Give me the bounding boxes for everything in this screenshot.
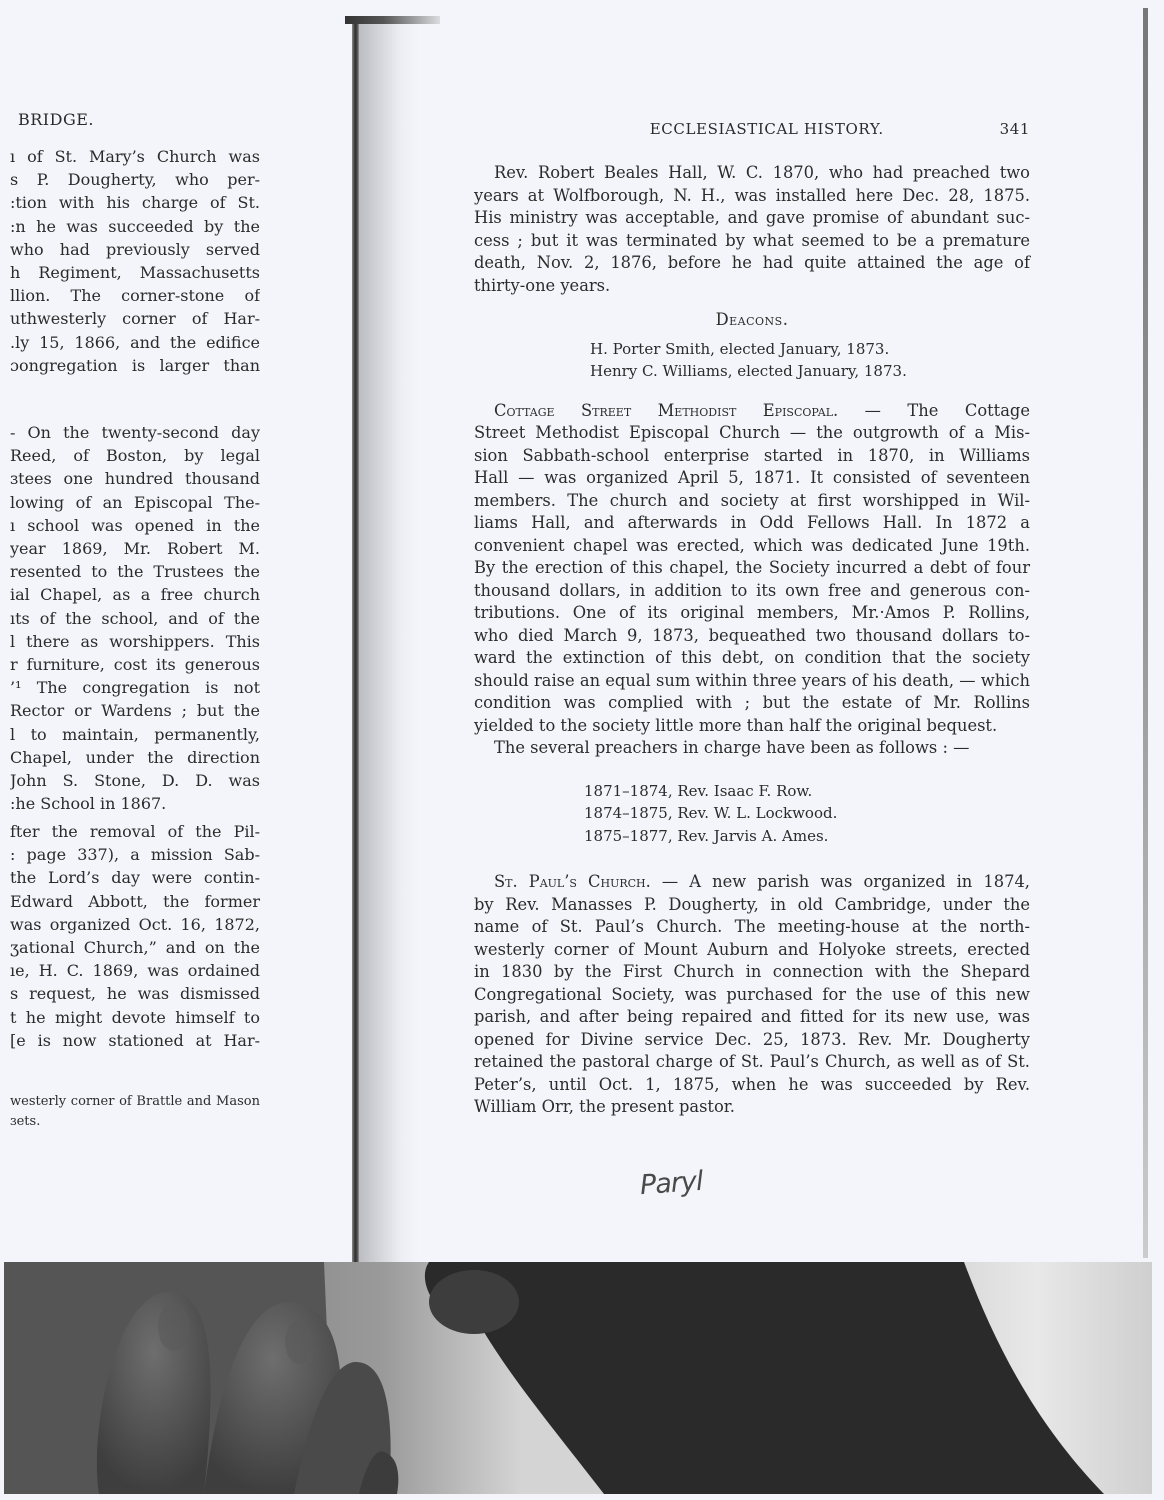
- paragraph-st-pauls: St. Paul’s Church. — A new parish was or…: [474, 871, 1030, 1119]
- handwritten-annotation: Paryl: [639, 1166, 703, 1201]
- text-line: Rev. Robert Beales Hall, W. C. 1870, who…: [474, 162, 1030, 185]
- text-line: ɜtees one hundred thousand: [10, 467, 260, 490]
- text-line: t he might devote himself to: [10, 1006, 260, 1029]
- text-line: r furniture, cost its generous: [10, 653, 260, 676]
- text-line: By the erection of this chapel, the Soci…: [474, 557, 1030, 580]
- gutter-shadow: [359, 20, 419, 1270]
- left-text-block-1: ı of St. Mary’s Church was s P. Doughert…: [10, 145, 260, 377]
- text-line: who had previously served: [10, 238, 260, 261]
- text-line: members. The church and society at first…: [474, 490, 1030, 513]
- text-line: ı school was opened in the: [10, 514, 260, 537]
- text-line: by Rev. Manasses P. Dougherty, in old Ca…: [474, 894, 1030, 917]
- text-line: Peter’s, until Oct. 1, 1875, when he was…: [474, 1074, 1030, 1097]
- hands-illustration: [4, 1262, 1152, 1494]
- text-line: l to maintain, permanently,: [10, 723, 260, 746]
- text-line: westerly corner of Mount Auburn and Holy…: [474, 939, 1030, 962]
- text-line: ward the extinction of this debt, on con…: [474, 647, 1030, 670]
- text-line: liams Hall, and afterwards in Odd Fellow…: [474, 512, 1030, 535]
- text-run: — A new parish was organized in 1874,: [651, 872, 1030, 891]
- text-line: should raise an equal sum within three y…: [474, 670, 1030, 693]
- text-line: Rector or Wardens ; but the: [10, 699, 260, 722]
- preachers-intro: The several preachers in charge have bee…: [474, 737, 1030, 760]
- deacons-list: H. Porter Smith, elected January, 1873. …: [590, 338, 1030, 382]
- page-edge-shadow: [1143, 8, 1148, 1258]
- text-line: opened for Divine service Dec. 25, 1873.…: [474, 1029, 1030, 1052]
- spine-top-mark: [345, 16, 440, 24]
- text-line: :tion with his charge of St.: [10, 191, 260, 214]
- text-line: ıe, H. C. 1869, was ordained: [10, 959, 260, 982]
- text-line: ıts of the school, and of the: [10, 607, 260, 630]
- text-line: John S. Stone, D. D. was: [10, 769, 260, 792]
- text-line: ’¹ The congregation is not: [10, 676, 260, 699]
- text-line: cess ; but it was terminated by what see…: [474, 230, 1030, 253]
- running-header: ECCLESIASTICAL HISTORY. 341: [474, 118, 1030, 142]
- text-line: ı of St. Mary’s Church was: [10, 145, 260, 168]
- running-head-title: ECCLESIASTICAL HISTORY.: [534, 118, 1000, 142]
- text-line: in 1830 by the First Church in connectio…: [474, 961, 1030, 984]
- text-line: .ly 15, 1866, and the edifice: [10, 331, 260, 354]
- text-line: ʒational Church,” and on the: [10, 936, 260, 959]
- text-line: yielded to the society little more than …: [474, 715, 1030, 738]
- text-line: h Regiment, Massachusetts: [10, 261, 260, 284]
- text-line: who died March 9, 1873, bequeathed two t…: [474, 625, 1030, 648]
- left-footnote: westerly corner of Brattle and Mason ɜet…: [10, 1092, 260, 1132]
- text-line: llion. The corner-stone of: [10, 284, 260, 307]
- text-line: l there as worshippers. This: [10, 630, 260, 653]
- preacher-entry: 1874–1875, Rev. W. L. Lockwood.: [584, 802, 1030, 825]
- text-line: condition was complied with ; but the es…: [474, 692, 1030, 715]
- text-line: convenient chapel was erected, which was…: [474, 535, 1030, 558]
- cottage-street-heading: Cottage Street Methodist Episcopal.: [494, 401, 838, 420]
- st-pauls-heading: St. Paul’s Church.: [494, 872, 651, 891]
- left-text-block-3: fter the removal of the Pil- : page 337)…: [10, 820, 260, 1052]
- left-text-block-2: - On the twenty-second day Reed, of Bost…: [10, 421, 260, 815]
- text-line: lowing of an Episcopal The-: [10, 491, 260, 514]
- paragraph-robert-hall: Rev. Robert Beales Hall, W. C. 1870, who…: [474, 162, 1030, 297]
- text-line: thirty-one years.: [474, 275, 1030, 298]
- preachers-list: 1871–1874, Rev. Isaac F. Row. 1874–1875,…: [584, 780, 1030, 848]
- text-line: Street Methodist Episcopal Church — the …: [474, 422, 1030, 445]
- text-line: uthwesterly corner of Har-: [10, 307, 260, 330]
- right-page: ECCLESIASTICAL HISTORY. 341 Rev. Robert …: [474, 118, 1030, 1119]
- text-run: — The Cottage: [838, 401, 1030, 420]
- text-line: :he School in 1867.: [10, 792, 260, 815]
- text-line: s P. Dougherty, who per-: [10, 168, 260, 191]
- paragraph-cottage-street: Cottage Street Methodist Episcopal. — Th…: [474, 400, 1030, 760]
- text-line: was organized Oct. 16, 1872,: [10, 913, 260, 936]
- text-line: thousand dollars, in addition to its own…: [474, 580, 1030, 603]
- text-line: fter the removal of the Pil-: [10, 820, 260, 843]
- text-line: resented to the Trustees the: [10, 560, 260, 583]
- text-line: - On the twenty-second day: [10, 421, 260, 444]
- deacon-entry: Henry C. Williams, elected January, 1873…: [590, 360, 1030, 382]
- footnote-line: ɜets.: [10, 1112, 260, 1132]
- text-line: sion Sabbath-school enterprise started i…: [474, 445, 1030, 468]
- text-line: year 1869, Mr. Robert M.: [10, 537, 260, 560]
- scanned-book-spread: BRIDGE. ı of St. Mary’s Church was s P. …: [0, 0, 1164, 1500]
- text-line: Cottage Street Methodist Episcopal. — Th…: [474, 400, 1030, 423]
- text-line: years at Wolfborough, N. H., was install…: [474, 185, 1030, 208]
- page-number: 341: [1000, 118, 1030, 142]
- text-line: death, Nov. 2, 1876, before he had quite…: [474, 252, 1030, 275]
- text-line: : page 337), a mission Sab-: [10, 843, 260, 866]
- text-line: Chapel, under the direction: [10, 746, 260, 769]
- text-line: tributions. One of its original members,…: [474, 602, 1030, 625]
- text-line: Edward Abbott, the former: [10, 890, 260, 913]
- text-line: Reed, of Boston, by legal: [10, 444, 260, 467]
- text-line: St. Paul’s Church. — A new parish was or…: [474, 871, 1030, 894]
- text-line: William Orr, the present pastor.: [474, 1096, 1030, 1119]
- footnote-line: westerly corner of Brattle and Mason: [10, 1092, 260, 1112]
- text-line: the Lord’s day were contin-: [10, 866, 260, 889]
- hands-holding-book-photo: [4, 1262, 1152, 1494]
- text-line: parish, and after being repaired and fit…: [474, 1006, 1030, 1029]
- left-running-head: BRIDGE.: [18, 110, 94, 129]
- text-line: His ministry was acceptable, and gave pr…: [474, 207, 1030, 230]
- deacons-heading: Deacons.: [474, 309, 1030, 332]
- book-spine-line: [352, 18, 359, 1268]
- text-line: retained the pastoral charge of St. Paul…: [474, 1051, 1030, 1074]
- text-line: Congregational Society, was purchased fo…: [474, 984, 1030, 1007]
- preacher-entry: 1875–1877, Rev. Jarvis A. Ames.: [584, 825, 1030, 848]
- text-line: ɔongregation is larger than: [10, 354, 260, 377]
- text-line: name of St. Paul’s Church. The meeting-h…: [474, 916, 1030, 939]
- text-line: ial Chapel, as a free church: [10, 583, 260, 606]
- preacher-entry: 1871–1874, Rev. Isaac F. Row.: [584, 780, 1030, 803]
- left-page-fragment: BRIDGE. ı of St. Mary’s Church was s P. …: [0, 0, 300, 1262]
- deacon-entry: H. Porter Smith, elected January, 1873.: [590, 338, 1030, 360]
- text-line: :n he was succeeded by the: [10, 215, 260, 238]
- text-line: Hall — was organized April 5, 1871. It c…: [474, 467, 1030, 490]
- text-line: s request, he was dismissed: [10, 982, 260, 1005]
- text-line: [e is now stationed at Har-: [10, 1029, 260, 1052]
